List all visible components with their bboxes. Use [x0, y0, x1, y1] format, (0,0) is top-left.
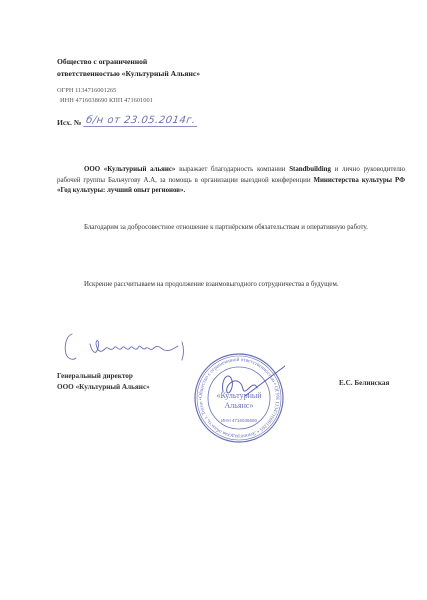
- registration-details: ОГРН 1134716001265 ИНН 4716038690 КПП 47…: [57, 86, 153, 106]
- handwritten-closing-icon: С уважением,: [62, 330, 202, 364]
- p3-text: Искренне рассчитываем на продолжение вза…: [84, 281, 339, 288]
- signatory-position: Генеральный директор ООО «Культурный Аль…: [57, 371, 150, 393]
- outgoing-label: Исх. №: [57, 118, 81, 127]
- ogrn: ОГРН 1134716001265: [57, 86, 153, 96]
- p1-text-a: выражает благодарность компании: [175, 166, 289, 173]
- p2-text: Благодарим за добросовестное отношение к…: [84, 224, 368, 231]
- org-name-bold: ООО «Культурный альянс»: [84, 166, 175, 173]
- svg-text:ИНН 4716038690: ИНН 4716038690: [221, 418, 258, 423]
- position-line2: ООО «Культурный Альянс»: [57, 382, 150, 393]
- position-line1: Генеральный директор: [57, 371, 150, 382]
- paragraph-2: Благодарим за добросовестное отношение к…: [57, 223, 405, 234]
- signatory-name: Е.С. Белинская: [339, 379, 389, 387]
- outgoing-number: Исх. № б/н от 23.05.2014г.: [57, 115, 198, 127]
- svg-text:Альянс»: Альянс»: [225, 401, 254, 410]
- organization-line1: Общество с ограниченной: [57, 56, 200, 68]
- paragraph-1: ООО «Культурный альянс» выражает благода…: [57, 165, 405, 197]
- paragraph-3: Искренне рассчитываем на продолжение вза…: [57, 280, 405, 291]
- company-name-bold: Standbuilding: [289, 166, 331, 173]
- outgoing-handwritten: б/н от 23.05.2014г.: [84, 115, 199, 127]
- inn-kpp: ИНН 4716038690 КПП 471601001: [57, 96, 153, 106]
- company-stamp-icon: Общество с ограниченной ответственностью…: [193, 352, 285, 444]
- organization-line2: ответственностью «Культурный Альянс»: [57, 68, 200, 80]
- sender-organization: Общество с ограниченной ответственностью…: [57, 56, 200, 80]
